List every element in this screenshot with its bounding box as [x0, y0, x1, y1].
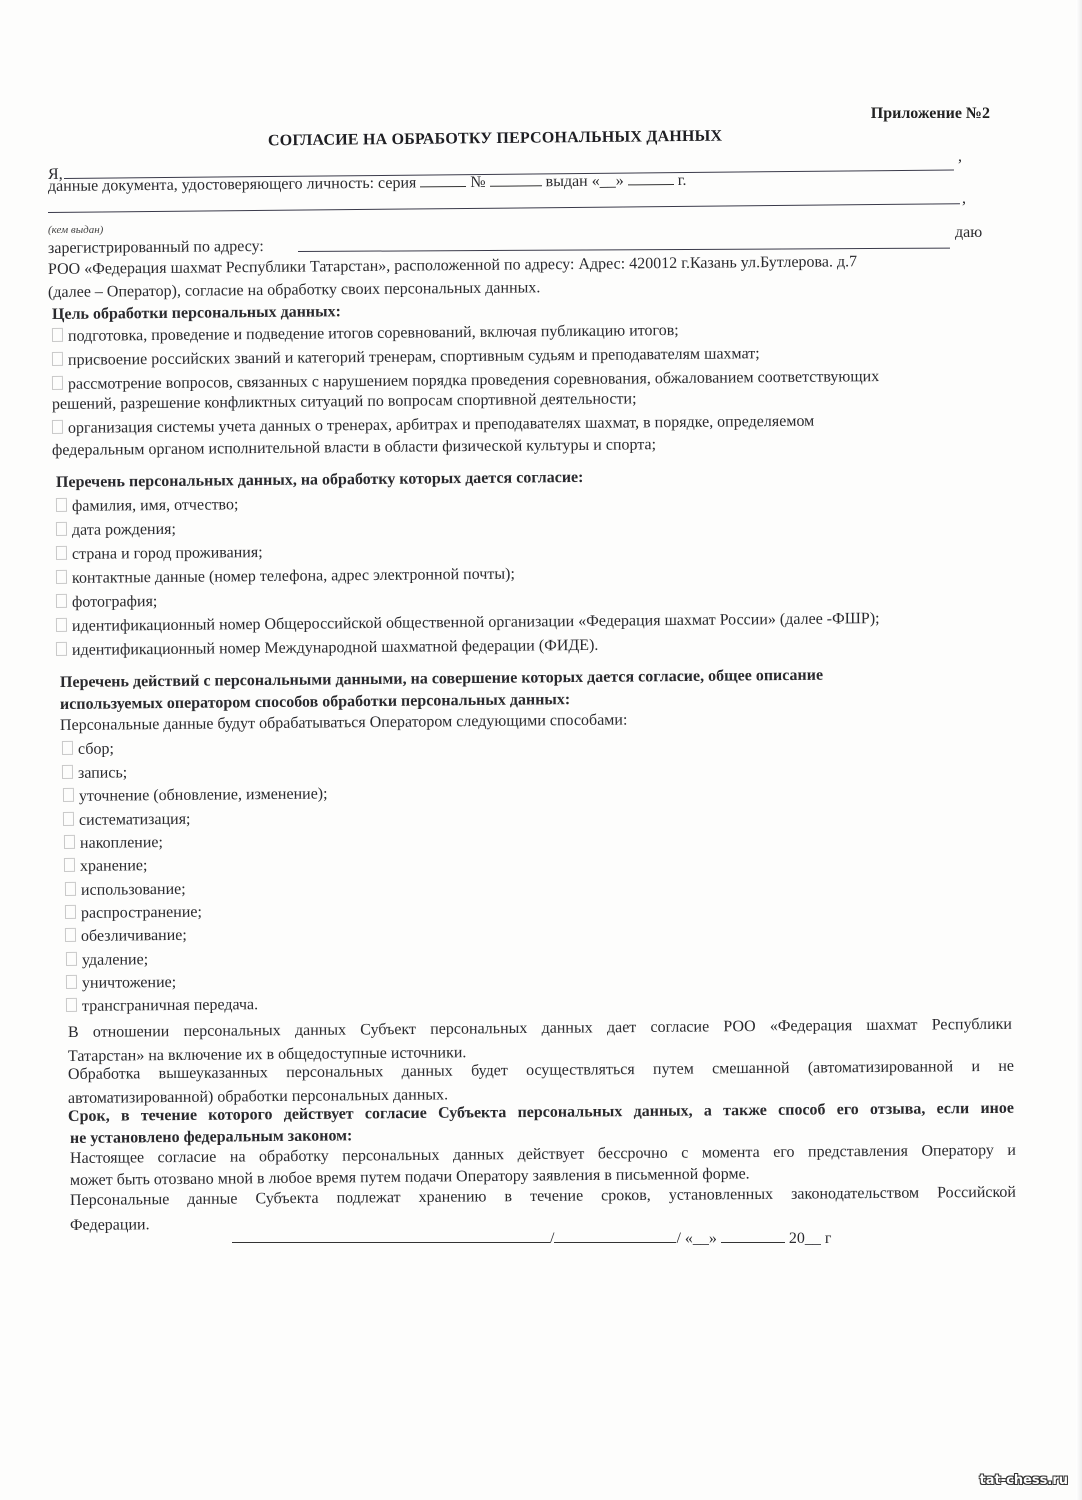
closing-p1-line1: В отношении персональных данных Субъект … [68, 1016, 1012, 1042]
action-item: трансграничная передача. [66, 996, 258, 1016]
doc-label: данные документа, удостоверяющего личнос… [48, 174, 417, 195]
date-year-suffix: г [825, 1230, 832, 1247]
issued-by-comma: , [962, 190, 966, 208]
name-decoding-field[interactable] [554, 1241, 676, 1243]
slash: / [676, 1230, 680, 1247]
data-item: дата рождения; [56, 521, 176, 540]
checkbox-icon[interactable] [66, 975, 77, 989]
checkbox-icon[interactable] [62, 765, 73, 779]
actions-heading-1: Перечень действий с персональными данным… [60, 667, 823, 692]
actions-intro: Персональные данные будут обрабатываться… [60, 712, 628, 735]
closing-p4-line2: Федерации. [70, 1216, 150, 1235]
issued-year-field[interactable] [628, 183, 674, 185]
date-month-field[interactable] [721, 1241, 785, 1243]
action-item: использование; [65, 881, 186, 900]
data-item: идентификационный номер Общероссийской о… [56, 610, 880, 636]
data-item: контактные данные (номер телефона, адрес… [56, 566, 515, 588]
checkbox-icon[interactable] [56, 642, 67, 656]
number-label: № [470, 174, 485, 191]
issued-by-field[interactable] [48, 203, 960, 213]
checkbox-icon[interactable] [56, 570, 67, 584]
purpose-item-cont: федеральным органом исполнительной власт… [52, 436, 656, 460]
operator-line-1: РОО «Федерация шахмат Республики Татарст… [48, 253, 857, 279]
action-item: распространение; [65, 904, 202, 923]
checkbox-icon[interactable] [56, 522, 67, 536]
signature-line: // «__» 20__ г [232, 1230, 831, 1248]
checkbox-icon[interactable] [66, 952, 77, 966]
site-watermark: tat-chess.ru [980, 1473, 1068, 1488]
series-field[interactable] [420, 185, 466, 187]
checkbox-icon[interactable] [64, 858, 75, 872]
checkbox-icon[interactable] [52, 328, 63, 342]
address-line: зарегистрированный по адресу: [48, 238, 264, 258]
document-page: Приложение №2 СОГЛАСИЕ НА ОБРАБОТКУ ПЕРС… [0, 0, 1082, 1500]
data-item: фотография; [56, 593, 158, 612]
number-field[interactable] [490, 184, 542, 186]
data-item: страна и город проживания; [56, 544, 263, 564]
data-item: идентификационный номер Международной ша… [56, 637, 599, 660]
date-year: 20__ [789, 1230, 821, 1247]
checkbox-icon[interactable] [52, 420, 63, 434]
checkbox-icon[interactable] [64, 835, 75, 849]
action-item: запись; [62, 764, 127, 783]
year-label: г. [678, 172, 687, 189]
purpose-item: рассмотрение вопросов, связанных с наруш… [52, 368, 879, 394]
action-item: сбор; [62, 741, 114, 759]
scan-edge [1076, 0, 1082, 1500]
annex-label: Приложение №2 [871, 105, 990, 123]
checkbox-icon[interactable] [65, 905, 76, 919]
issued-by-note: (кем выдан) [48, 224, 103, 236]
operator-line-2: (далее – Оператор), согласие на обработк… [48, 279, 541, 302]
checkbox-icon[interactable] [63, 788, 74, 802]
purpose-item-cont: решений, разрешение конфликтных ситуаций… [52, 390, 637, 414]
checkbox-icon[interactable] [56, 498, 67, 512]
signature-field[interactable] [232, 1241, 550, 1243]
actions-heading-2: используемых оператором способов обработ… [60, 691, 570, 714]
purpose-item: подготовка, проведение и подведение итог… [52, 322, 679, 346]
checkbox-icon[interactable] [56, 594, 67, 608]
checkbox-icon[interactable] [56, 618, 67, 632]
purpose-heading: Цель обработки персональных данных: [52, 303, 341, 324]
action-item: уточнение (обновление, изменение); [63, 785, 328, 806]
document-title: СОГЛАСИЕ НА ОБРАБОТКУ ПЕРСОНАЛЬНЫХ ДАННЫ… [268, 128, 722, 151]
action-item: накопление; [64, 834, 163, 853]
give-label: даю [955, 224, 982, 242]
purpose-item: организация системы учета данных о трене… [52, 413, 814, 438]
purpose-item: присвоение российских званий и категорий… [52, 345, 760, 370]
checkbox-icon[interactable] [52, 352, 63, 366]
address-label: зарегистрированный по адресу: [48, 238, 264, 257]
checkbox-icon[interactable] [62, 741, 73, 755]
action-item: обезличивание; [65, 927, 187, 946]
slash: / [550, 1230, 554, 1247]
issued-label: выдан «__» [546, 172, 624, 190]
data-item: фамилия, имя, отчество; [56, 496, 239, 516]
checkbox-icon[interactable] [66, 998, 77, 1012]
date-day: «__» [685, 1230, 717, 1247]
checkbox-icon[interactable] [65, 882, 76, 896]
data-list-heading: Перечень персональных данных, на обработ… [56, 469, 584, 492]
checkbox-icon[interactable] [56, 546, 67, 560]
checkbox-icon[interactable] [52, 376, 63, 390]
checkbox-icon[interactable] [65, 928, 76, 942]
name-comma: , [958, 148, 962, 166]
document-line: данные документа, удостоверяющего личнос… [48, 172, 687, 196]
action-item: хранение; [64, 857, 148, 876]
action-item: удаление; [66, 951, 148, 970]
checkbox-icon[interactable] [63, 812, 74, 826]
action-item: систематизация; [63, 811, 191, 830]
term-heading-2: не установлено федеральным законом: [70, 1127, 353, 1148]
action-item: уничтожение; [66, 974, 176, 993]
address-field[interactable] [298, 248, 950, 252]
